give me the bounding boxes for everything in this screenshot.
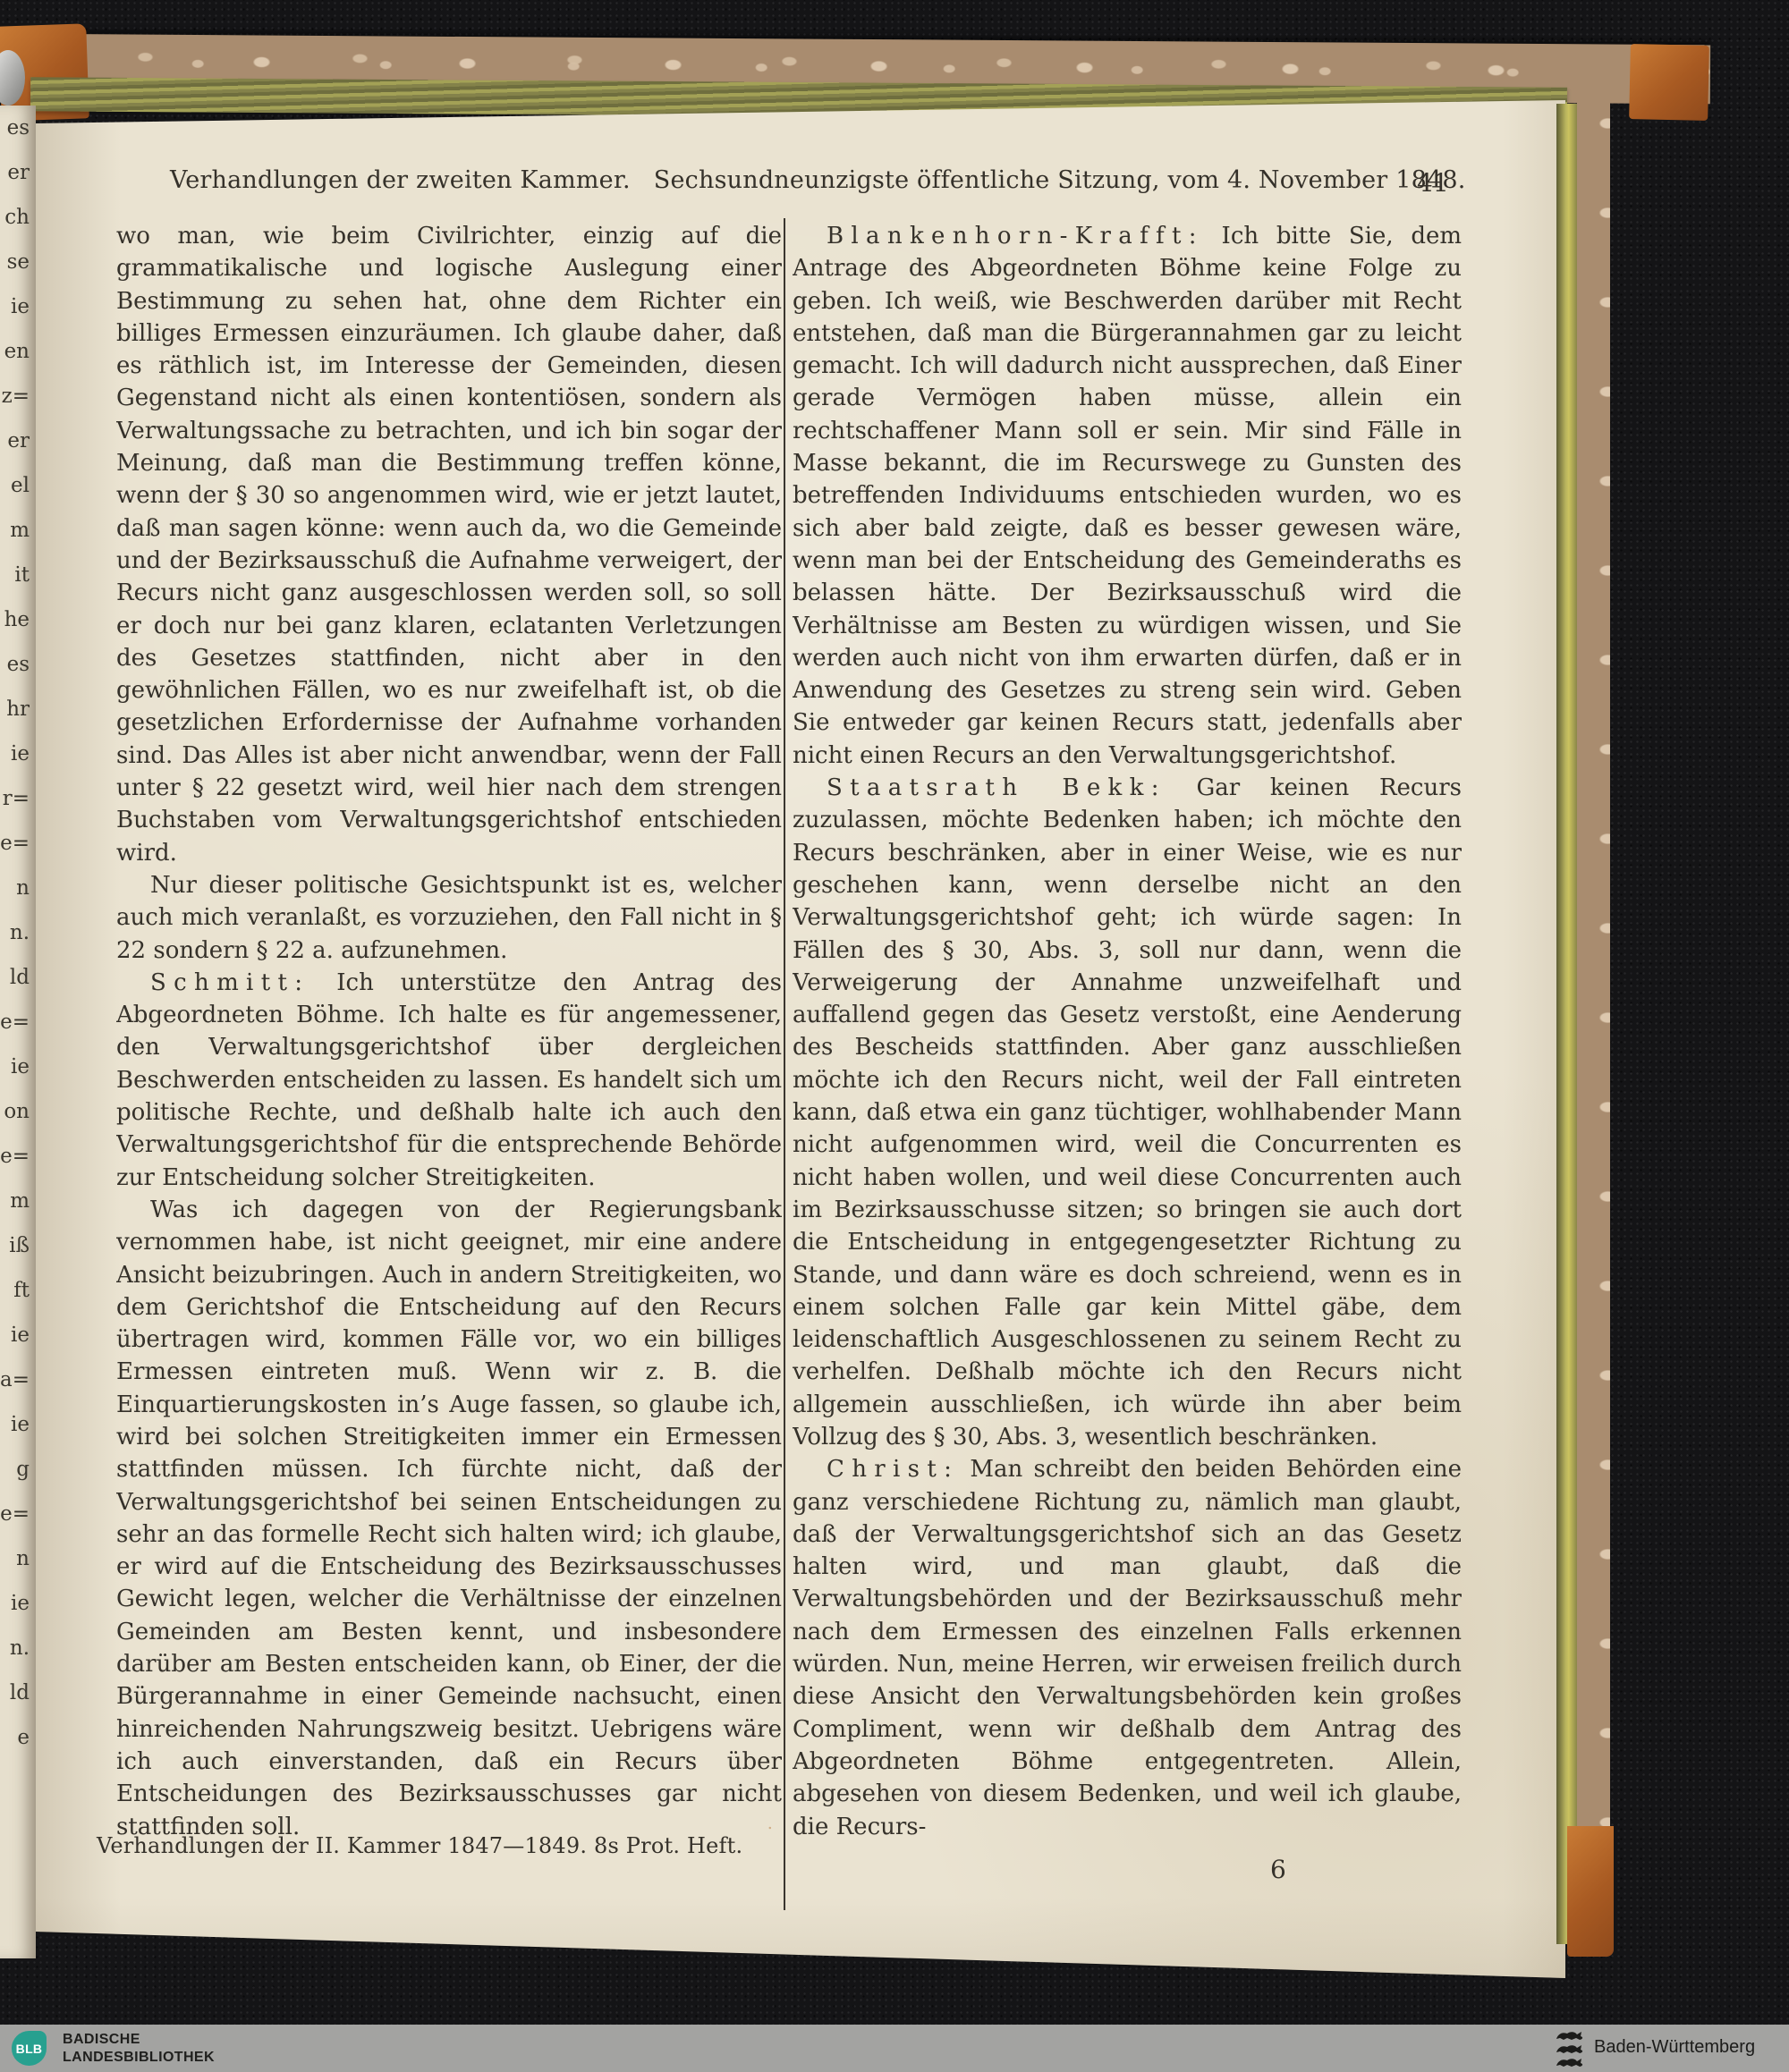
edge-text-fragment: n. — [0, 1626, 36, 1670]
blb-library-name: BADISCHE LANDESBIBLIOTHEK — [63, 2031, 215, 2067]
edge-text-fragment: ie — [0, 1402, 36, 1447]
scanned-page: Verhandlungen der zweiten Kammer.Sechsun… — [36, 100, 1565, 1978]
paragraph: wo man, wie beim Civilrichter, einzig au… — [116, 220, 782, 869]
edge-text-fragment: he — [0, 597, 36, 642]
baden-wuerttemberg-label: Baden-Württemberg — [1594, 2037, 1755, 2058]
viewer-footer-bar: BLB BADISCHE LANDESBIBLIOTHEK Baden-Würt… — [0, 2025, 1789, 2072]
edge-text-fragment: er — [0, 419, 36, 463]
paragraph: Schmitt: Ich unterstütze den Antrag des … — [116, 967, 782, 1194]
edge-text-fragment: m — [0, 508, 36, 553]
column-divider — [784, 218, 785, 1910]
edge-text-fragment: ch — [0, 195, 36, 240]
edge-text-fragment: ie — [0, 284, 36, 329]
blb-logo-abbr: BLB — [16, 2042, 43, 2056]
edge-text-fragment: a= — [0, 1357, 36, 1402]
column-right: Blankenhorn-Krafft: Ich bitte Sie, dem A… — [793, 220, 1462, 1908]
edge-text-fragment: n — [0, 866, 36, 910]
paragraph: Was ich dagegen von der Regierungsbank v… — [116, 1194, 782, 1840]
edge-text-fragment: ld — [0, 955, 36, 1000]
signature-mark: 6 — [1270, 1855, 1286, 1884]
speaker-name: Schmitt: — [150, 969, 309, 996]
edge-text-fragment: g — [0, 1447, 36, 1492]
column-left: wo man, wie beim Civilrichter, einzig au… — [116, 220, 782, 1840]
paragraph: Staatsrath Bekk: Gar keinen Recurs zuzul… — [793, 772, 1462, 1453]
edge-text-fragment: ie — [0, 732, 36, 776]
baden-wuerttemberg-crest-icon — [1555, 2029, 1585, 2068]
edge-text-fragment: ie — [0, 1044, 36, 1089]
edge-text-fragment: en — [0, 329, 36, 374]
book-cover-leather-corner-bottom-right — [1567, 1826, 1614, 1957]
speaker-name: Staatsrath Bekk: — [827, 774, 1166, 801]
book-cover-marble-right — [1577, 97, 1610, 1944]
edge-text-fragment: iß — [0, 1223, 36, 1268]
edge-text-fragment: er — [0, 150, 36, 195]
edge-text-fragment: ie — [0, 1581, 36, 1626]
edge-text-fragment: r= — [0, 776, 36, 821]
edge-text-fragment: e= — [0, 821, 36, 866]
running-header-title: Verhandlungen der zweiten Kammer. — [170, 166, 631, 194]
running-header-session: Sechsundneunzigste öffentliche Sitzung, … — [654, 166, 1466, 194]
blb-library-name-line1: BADISCHE — [63, 2031, 215, 2049]
edge-text-fragment: e= — [0, 1134, 36, 1179]
edge-text-fragment: e= — [0, 1492, 36, 1536]
edge-text-fragment: e — [0, 1715, 36, 1760]
edge-text-fragment: ft — [0, 1268, 36, 1313]
paragraph: Christ: Man schreibt den beiden Behörden… — [793, 1453, 1462, 1843]
edge-text-fragment: n. — [0, 910, 36, 955]
left-page-edge: eserchseieenz=erelmitheeshrier=e=nn.lde=… — [0, 106, 36, 1958]
paragraph: Blankenhorn-Krafft: Ich bitte Sie, dem A… — [793, 220, 1462, 772]
edge-text-fragment: e= — [0, 1000, 36, 1044]
volume-footnote: Verhandlungen der II. Kammer 1847—1849. … — [97, 1833, 742, 1858]
running-header: Verhandlungen der zweiten Kammer.Sechsun… — [170, 166, 1440, 194]
edge-text-fragment: z= — [0, 374, 36, 419]
edge-text-fragment: ie — [0, 1313, 36, 1357]
edge-text-fragment: es — [0, 642, 36, 687]
page-number: 41 — [1417, 168, 1449, 198]
book-cover-leather-corner-top-right — [1629, 44, 1709, 121]
speaker-name: Christ: — [827, 1456, 959, 1483]
book-page-edges-right — [1556, 104, 1577, 1944]
paragraph: Nur dieser politische Gesichtspunkt ist … — [116, 869, 782, 967]
edge-text-fragment: on — [0, 1089, 36, 1134]
edge-text-fragment: ld — [0, 1670, 36, 1715]
edge-text-fragment: hr — [0, 687, 36, 732]
speaker-name: Blankenhorn-Krafft: — [827, 223, 1204, 249]
blb-logo: BLB — [12, 2031, 47, 2066]
edge-text-fragment: m — [0, 1179, 36, 1223]
edge-text-fragment: el — [0, 463, 36, 508]
edge-text-fragment: n — [0, 1536, 36, 1581]
edge-text-fragment: it — [0, 553, 36, 597]
edge-text-fragment: es — [0, 106, 36, 150]
edge-text-fragment: se — [0, 240, 36, 284]
blb-library-name-line2: LANDESBIBLIOTHEK — [63, 2049, 215, 2067]
